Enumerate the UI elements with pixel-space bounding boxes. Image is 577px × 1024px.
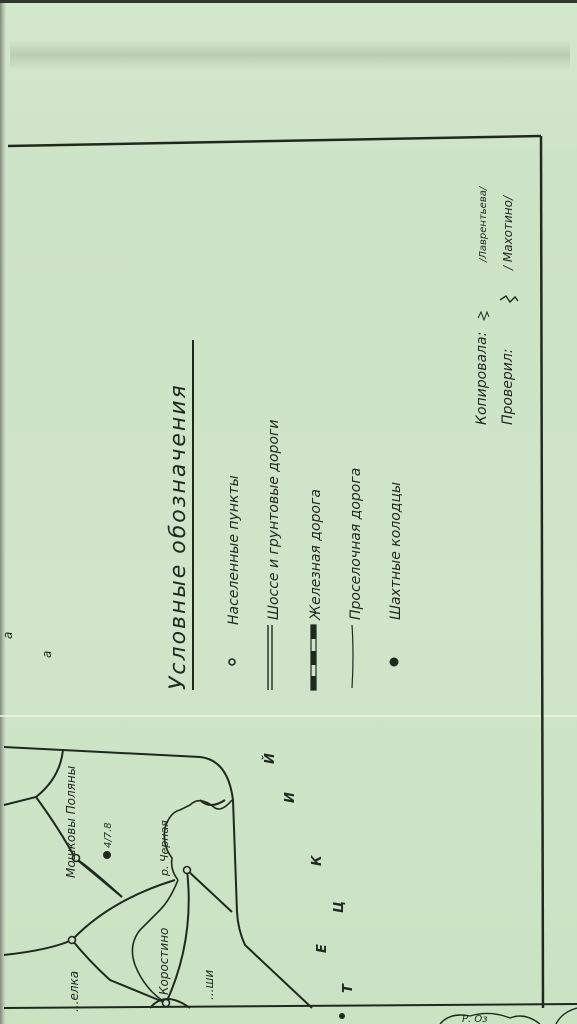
well-symbol-icon [390, 658, 399, 667]
legend-label-country-road: Проселочная дорога [348, 468, 364, 620]
checked-signature-scribble [500, 296, 518, 302]
label-well-depth: 4/7.8 [103, 822, 114, 848]
settlement-marker [163, 1000, 170, 1007]
checked-by-name: / Махотино/ [501, 194, 515, 271]
label-elka: ...елка [67, 971, 81, 1012]
legend-label-wells: Шахтные колодцы [388, 482, 404, 620]
region-letter: И [283, 792, 298, 803]
region-letter: Й [262, 753, 278, 764]
copied-by-name: /Лаврентьева/ [478, 185, 489, 263]
map-sheet: Условные обозначения Населенные пункты Ш… [0, 0, 577, 1024]
label-shi: ...ши [202, 970, 216, 1000]
copied-signature-scribble [478, 312, 489, 320]
settlement-symbol-icon [229, 659, 235, 665]
region-letters: Т Е Ц К И Й [262, 753, 356, 993]
legend-title-group: Условные обозначения [166, 340, 193, 690]
legend-item-highways: Шоссе и грунтовые дороги [266, 420, 282, 690]
map-drawing: Условные обозначения Населенные пункты Ш… [0, 0, 577, 1024]
legend-item-wells: Шахтные колодцы [388, 482, 404, 667]
country-road-symbol-icon [352, 625, 353, 688]
settlement-marker [184, 867, 191, 874]
stray-mark: a [1, 632, 15, 639]
legend-item-railway: Железная дорога [308, 489, 324, 690]
copied-by-label: Копировала: [474, 332, 490, 425]
highway-symbol-icon [268, 625, 272, 690]
legend-item-country-road: Проселочная дорога [348, 468, 364, 688]
label-moshkovy-polyany: Мошковы Поляны [64, 766, 78, 878]
legend-item-settlements: Населенные пункты [226, 475, 242, 665]
region-letter: К [310, 854, 325, 866]
bottom-map-fragment: Р. Оз [339, 1008, 577, 1024]
legend-label-highways: Шоссе и грунтовые дороги [266, 420, 282, 620]
river-line [132, 800, 232, 1003]
legend-label-railway: Железная дорога [308, 489, 324, 621]
map-settlements [69, 855, 191, 1007]
stray-mark: a [40, 651, 54, 658]
region-letter: Т [341, 983, 356, 993]
well-marker [103, 851, 111, 859]
bottom-fragment-label: Р. Оз [462, 1014, 488, 1024]
legend-label-settlements: Населенные пункты [226, 475, 242, 625]
settlement-marker [69, 937, 76, 944]
signature-block: Копировала: /Лаврентьева/ Проверил: / Ма… [474, 185, 518, 425]
legend-frame [4, 136, 577, 1008]
region-letter: Е [315, 944, 330, 953]
checked-by-label: Проверил: [500, 349, 516, 426]
railway-symbol-icon [311, 625, 316, 690]
region-letter: Ц [332, 901, 347, 913]
label-korostino: Коростино [157, 928, 171, 995]
label-river: р. Черная [158, 820, 171, 877]
legend-title: Условные обозначения [166, 383, 191, 690]
